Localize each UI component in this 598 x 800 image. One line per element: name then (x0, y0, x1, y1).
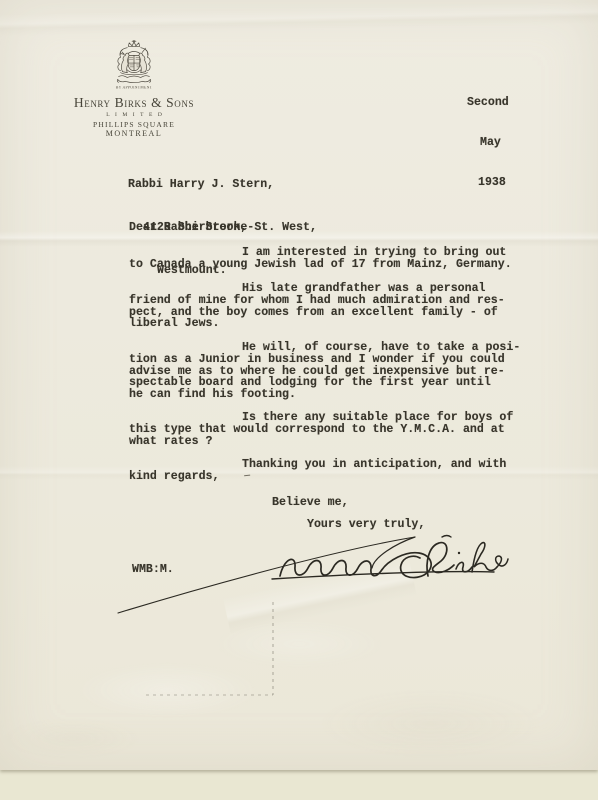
letterhead-city: MONTREAL (58, 129, 210, 138)
date-month: May (480, 136, 509, 149)
limited-label: LIMITED (58, 112, 210, 118)
royal-coat-of-arms-icon (58, 40, 210, 88)
paragraph-3: He will, of course, have to take a posi-… (129, 342, 520, 401)
closing-believe-me: Believe me, (272, 497, 349, 509)
paragraph-5: Thanking you in anticipation, and with k… (129, 459, 506, 483)
paragraph-1: I am interested in trying to bring out t… (129, 247, 512, 271)
typist-reference-initials: WMB:M. (132, 564, 174, 576)
company-name: Henry Birks & Sons (58, 95, 210, 111)
salutation: Dear Rabbi Stern,- (129, 222, 254, 234)
by-appointment-label: BY APPOINTMENT (87, 86, 181, 90)
scanned-letter: BY APPOINTMENT Henry Birks & Sons LIMITE… (0, 0, 598, 800)
fold-crease (0, 2, 598, 37)
date-word: Second (467, 96, 509, 109)
faint-pencil-line (146, 694, 273, 696)
letterhead-address: PHILLIPS SQUARE (58, 120, 210, 129)
recipient-name: Rabbi Harry J. Stern, (128, 178, 317, 192)
letterhead: BY APPOINTMENT Henry Birks & Sons LIMITE… (58, 40, 210, 138)
date-block: Second May 1938 (467, 70, 509, 215)
letter-paper: BY APPOINTMENT Henry Birks & Sons LIMITE… (0, 0, 598, 770)
paragraph-4: Is there any suitable place for boys of … (129, 412, 513, 447)
scan-background-strip (0, 770, 598, 800)
paragraph-2: His late grandfather was a personal frie… (129, 283, 505, 330)
date-year: 1938 (478, 176, 509, 189)
